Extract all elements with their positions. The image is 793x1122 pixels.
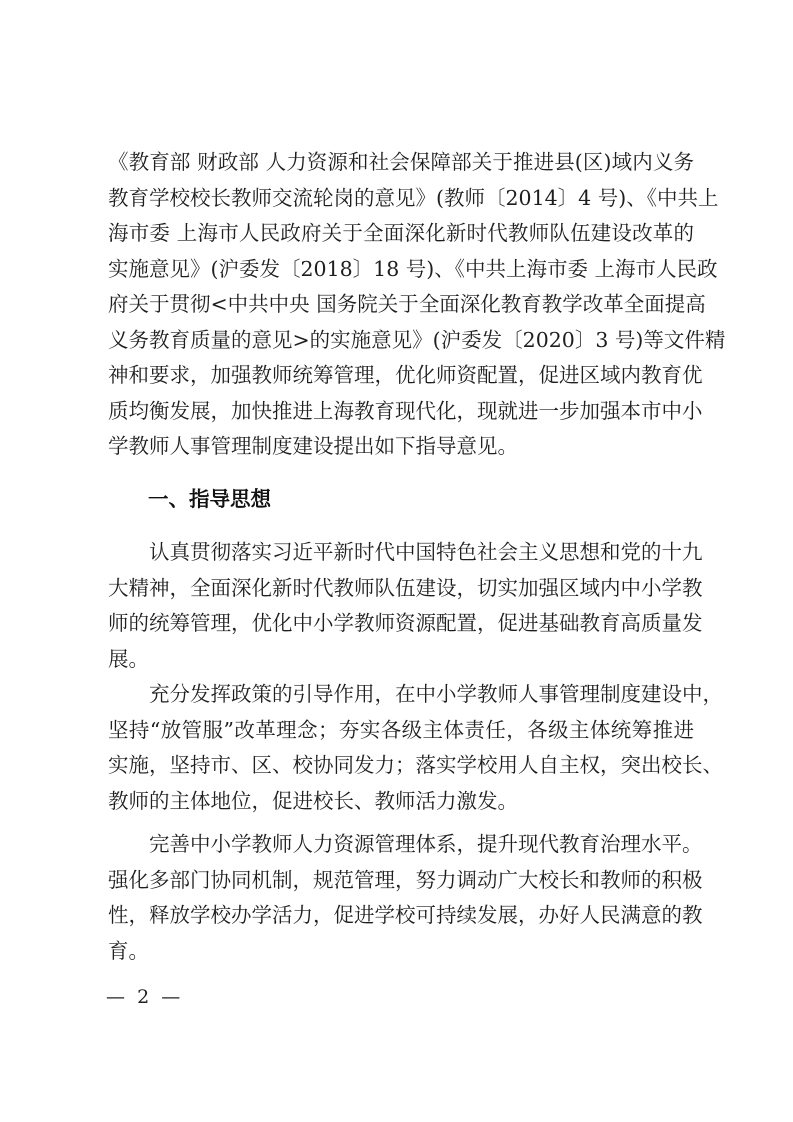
text-line: 强化多部门协同机制，规范管理，努力调动广大校长和教师的积极 bbox=[108, 862, 694, 898]
text-line: 实施意见》(沪委发〔2018〕18 号)、《中共上海市委 上海市人民政 bbox=[108, 251, 694, 287]
text-line: 教师的主体地位，促进校长、教师活力激发。 bbox=[108, 783, 694, 819]
text-line: 育。 bbox=[108, 933, 694, 969]
text-line: 认真贯彻落实习近平新时代中国特色社会主义思想和党的十九 bbox=[149, 534, 694, 570]
text-line: 坚持“放管服”改革理念；夯实各级主体责任，各级主体统筹推进 bbox=[108, 712, 694, 748]
document-page: 《教育部 财政部 人力资源和社会保障部关于推进县(区)域内义务 教育学校校长教师… bbox=[0, 0, 793, 1122]
text-line: 教育学校校长教师交流轮岗的意见》(教师〔2014〕4 号)、《中共上 bbox=[108, 180, 694, 216]
text-line: 学教师人事管理制度建设提出如下指导意见。 bbox=[108, 428, 694, 464]
text-line: 质均衡发展，加快推进上海教育现代化，现就进一步加强本市中小 bbox=[108, 393, 694, 429]
text-line: 神和要求，加强教师统筹管理，优化师资配置，促进区域内教育优 bbox=[108, 357, 694, 393]
text-line: 充分发挥政策的引导作用，在中小学教师人事管理制度建设中， bbox=[149, 676, 694, 712]
page-number: — 2 — bbox=[106, 985, 180, 1009]
section-heading: 一、指导思想 bbox=[148, 481, 271, 517]
text-line: 大精神，全面深化新时代教师队伍建设，切实加强区域内中小学教 bbox=[108, 570, 694, 606]
text-line: 《教育部 财政部 人力资源和社会保障部关于推进县(区)域内义务 bbox=[108, 144, 694, 180]
text-line: 性，释放学校办学活力，促进学校可持续发展，办好人民满意的教 bbox=[108, 897, 694, 933]
text-line: 义务教育质量的意见>的实施意见》(沪委发〔2020〕3 号)等文件精 bbox=[108, 322, 694, 358]
text-line: 展。 bbox=[108, 641, 694, 677]
text-line: 师的统筹管理，优化中小学教师资源配置，促进基础教育高质量发 bbox=[108, 605, 694, 641]
text-line: 完善中小学教师人力资源管理体系，提升现代教育治理水平。 bbox=[149, 826, 694, 862]
text-line: 海市委 上海市人民政府关于全面深化新时代教师队伍建设改革的 bbox=[108, 215, 694, 251]
text-line: 实施，坚持市、区、校协同发力；落实学校用人自主权，突出校长、 bbox=[108, 747, 694, 783]
text-line: 府关于贯彻<中共中央 国务院关于全面深化教育教学改革全面提高 bbox=[108, 286, 694, 322]
